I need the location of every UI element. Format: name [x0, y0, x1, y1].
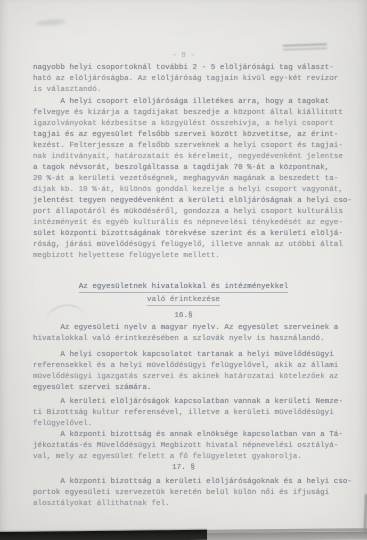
text-line: 20 %-át a kerületi vezetőségnek, meghagy…	[33, 174, 349, 185]
text-line: intézményeit és egyéb kulturális és népn…	[33, 218, 349, 229]
heading-text: való érintkezése	[147, 296, 220, 306]
paragraph-duties: A helyi csoport elöljárósága illetékes a…	[33, 97, 349, 262]
page-number: - 9 -	[0, 51, 367, 62]
text-line: felügyelővel.	[33, 419, 349, 430]
text-line: alosztályokat állithatnak fel.	[33, 499, 349, 510]
text-line: A helyi csoportok kapcsolatot tartanak a…	[33, 350, 349, 361]
section-17-label: 17. §	[0, 463, 367, 474]
text-line: A kerületi elöljáróságok kapcsolatban va…	[33, 397, 349, 408]
section-16-label: 16.§	[0, 311, 367, 322]
section-16-paragraph-3: A kerületi elöljáróságok kapcsolatban va…	[33, 397, 349, 430]
scanned-document-page: - 9 - nagyobb helyi csoportoknál további…	[0, 0, 367, 540]
text-line: nagyobb helyi csoportoknál további 2 - 5…	[33, 63, 349, 74]
section-16-paragraph-1: Az egyesületi nyelv a magyar nyelv. Az e…	[33, 323, 349, 345]
text-line: dijak kb. 10 %-át, különös gonddal kezel…	[33, 185, 349, 196]
section-16-label-row: 16.§	[0, 311, 367, 322]
text-line: referensekkel és a helyi müvelődésügyi f…	[33, 361, 349, 372]
text-line: tagjai és az egyesület felsőbb szervei k…	[33, 130, 349, 141]
text-line: kezést. Felterjessze a felsőbb szervekne…	[33, 141, 349, 152]
paragraph-continuation: nagyobb helyi csoportoknál további 2 - 5…	[33, 63, 349, 96]
section-heading: Az egyesületnek hivatalokkal és intézmén…	[0, 281, 367, 307]
text-line: a tagok névsorát, beszolgáltassa a tagdi…	[33, 163, 349, 174]
section-16-paragraph-4: A központi bizottság és annak elnöksége …	[33, 430, 349, 463]
text-line: müvelődésügyi igazgatás szervei és akine…	[33, 372, 349, 383]
scan-smudge	[36, 19, 66, 26]
text-line: jelentést tegyen negyedévenként a kerüle…	[33, 196, 349, 207]
heading-line: Az egyesületnek hivatalokkal és intézmén…	[0, 281, 367, 294]
scan-bottom-fill	[188, 531, 367, 540]
text-line: A helyi csoport elöljárósága illetékes a…	[33, 97, 349, 108]
section-16-paragraph-2: A helyi csoportok kapcsolatot tartanak a…	[33, 350, 349, 394]
section-17-label-row: 17. §	[0, 463, 367, 474]
text-line: Az egyesületi nyelv a magyar nyelv. Az e…	[33, 323, 349, 334]
text-line: róság, járási müvelődésügyi felügyelő, i…	[33, 240, 349, 251]
text-line: megbizott helyettese felügyelete mellett…	[33, 251, 349, 262]
text-line: portok egyesületi szervezetük keretén be…	[33, 488, 349, 499]
text-line: is választandó.	[33, 85, 349, 96]
page-number-row: - 9 -	[0, 51, 367, 62]
text-line: felvegye és kizárja a tagdijakat beszedj…	[33, 108, 349, 119]
text-line: nak inditványait, határozatait és kérelm…	[33, 152, 349, 163]
scan-bottom-dark-band	[0, 530, 207, 540]
text-line: jékoztatás-és Müvelődésügyi Megbizott hi…	[33, 441, 349, 452]
text-line: ti Bizottság kultur referensével, illetv…	[33, 408, 349, 419]
text-line: A központi bizottság és annak elnöksége …	[33, 430, 349, 441]
text-line: ható az elöljáróságba. Az elöljáróság ta…	[33, 74, 349, 85]
text-line: igazolványokat kézbesitse a közgyülést ö…	[33, 119, 349, 130]
text-line: hivatalokkal való érintkezésében a szlov…	[33, 334, 349, 345]
text-line: val, mely az egyesület felett a fő felüg…	[33, 452, 349, 463]
text-line: port állapotáról és müködéséről, gondozz…	[33, 207, 349, 218]
text-line: sület központi bizottságának törekvése s…	[33, 229, 349, 240]
section-17-paragraph-1: A központi bizottság a kerületi elöljáró…	[33, 477, 349, 510]
text-line: A központi bizottság a kerületi elöljáró…	[33, 477, 349, 488]
text-line: egyesület szervei számára.	[33, 383, 349, 394]
heading-line: való érintkezése	[0, 294, 367, 307]
heading-text: Az egyesületnek hivatalokkal és intézmén…	[79, 283, 289, 293]
